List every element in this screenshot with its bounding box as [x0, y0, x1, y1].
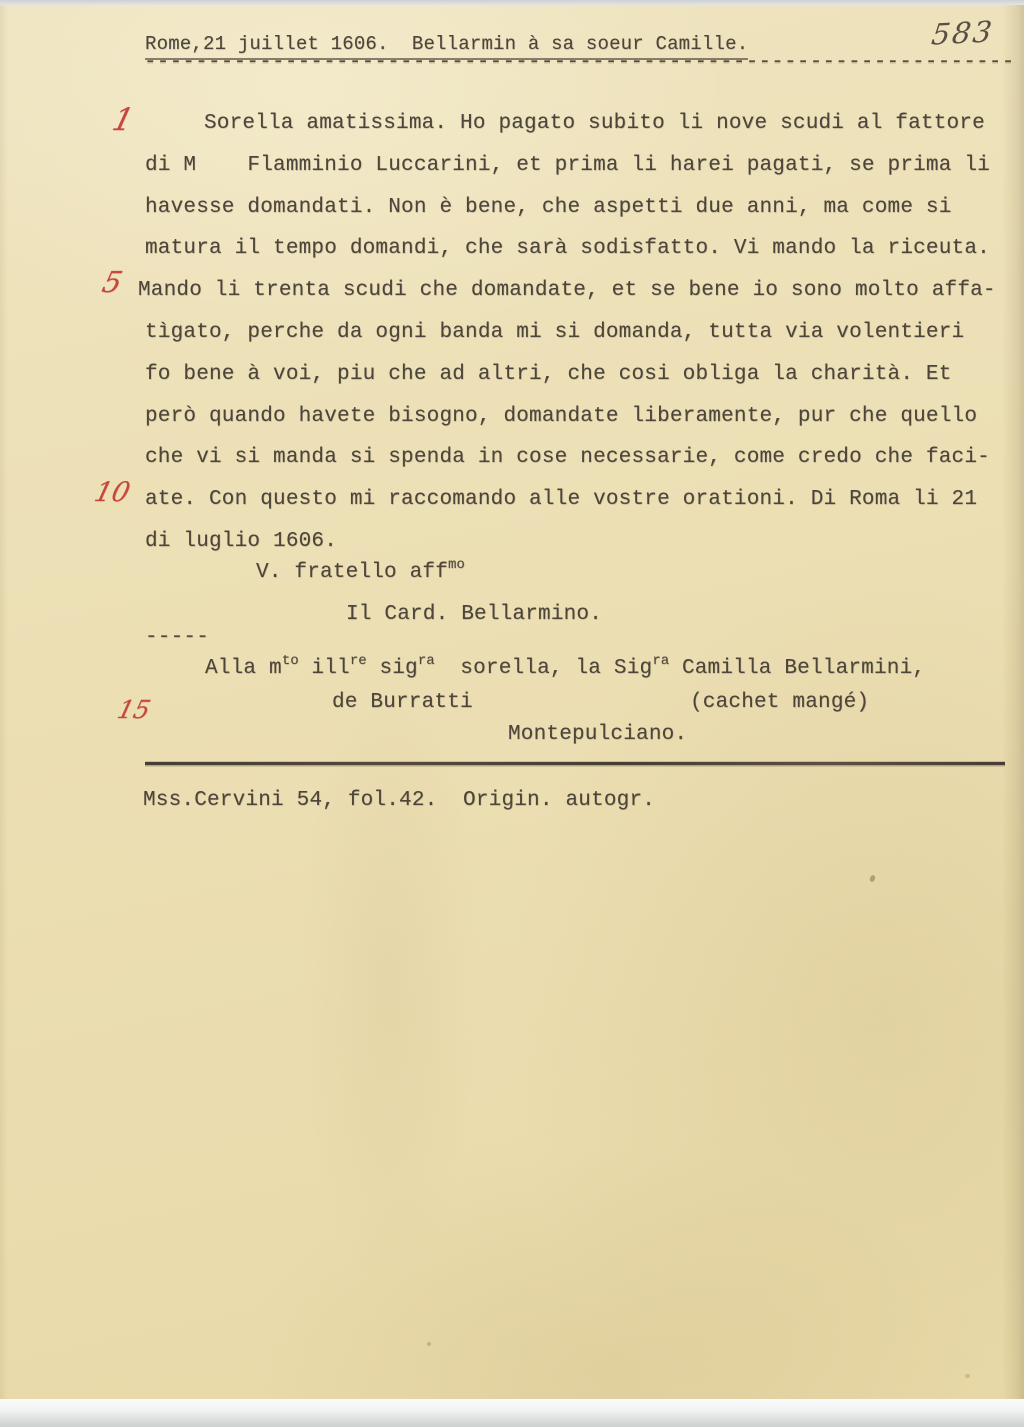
margin-line-number: 1	[109, 105, 136, 136]
separator-dashes: -----	[145, 626, 209, 649]
body-line-text: tìgato, perche da ogni banda mi si doman…	[145, 321, 964, 344]
address-superscript: ra	[652, 653, 669, 669]
address-text: Alla m	[205, 657, 282, 680]
signature-superscript: mo	[448, 557, 465, 573]
seal-note: (cachet mangé)	[690, 691, 869, 714]
heading-underline-dashes: ----------------------------------------…	[144, 52, 1015, 73]
signature-line-2: Il Card. Bellarmino.	[346, 603, 602, 626]
body-line: che vi si manda si spenda in cose necess…	[145, 437, 1024, 479]
body-line-text: Sorella amatissima. Ho pagato subito li …	[145, 112, 985, 135]
body-line: 10ate. Con questo mi raccomando alle vos…	[145, 479, 1024, 521]
body-line: matura il tempo domandi, che sarà sodisf…	[145, 228, 1024, 270]
address-line-2-name: de Burratti	[332, 691, 473, 714]
address-text: ill	[299, 657, 350, 680]
body-line: però quando havete bisogno, domandate li…	[145, 396, 1024, 438]
body-line: 5Mando li trenta scudi che domandate, et…	[145, 270, 1024, 312]
folio-number: 583	[930, 14, 996, 51]
body-line: 1Sorella amatissima. Ho pagato subito li…	[145, 103, 1024, 145]
body-line-text: di M Flamminio Luccarini, et prima li ha…	[145, 154, 990, 177]
body-line-text: che vi si manda si spenda in cose necess…	[145, 446, 990, 469]
scanned-letter-screenshot: { "folio_number": "583", "colors": { "pa…	[0, 0, 1024, 1427]
body-line: havesse domandati. Non è bene, che aspet…	[145, 187, 1024, 229]
body-line-text: matura il tempo domandi, che sarà sodisf…	[145, 237, 990, 260]
paper-speck	[965, 1374, 970, 1378]
address-text: sorella, la Sig	[435, 657, 653, 680]
scan-edge-bottom	[0, 1399, 1024, 1427]
body-line-text: fo bene à voi, piu che ad altri, che cos…	[145, 363, 952, 386]
margin-line-number: 5	[99, 268, 125, 297]
body-line: tìgato, perche da ogni banda mi si doman…	[145, 312, 1024, 354]
body-line-text: di luglio 1606.	[145, 530, 337, 553]
body-line-text: Mando li trenta scudi che domandate, et …	[138, 279, 996, 302]
manuscript-reference: Mss.Cervini 54, fol.42. Origin. autogr.	[143, 789, 655, 812]
margin-line-number: 10	[92, 479, 133, 506]
address-superscript: re	[350, 653, 367, 669]
letter-body: 1Sorella amatissima. Ho pagato subito li…	[0, 103, 1024, 563]
address-line-3: Montepulciano.	[508, 723, 687, 746]
address-superscript: ra	[418, 653, 435, 669]
body-line-text: ate. Con questo mi raccomando alle vostr…	[145, 488, 977, 511]
paper-speck	[869, 874, 876, 882]
body-line: di luglio 1606.	[145, 521, 1024, 563]
address-text: sig	[367, 657, 418, 680]
signature-text: V. fratello aff	[256, 561, 448, 584]
signature-line-1: V. fratello affmo	[256, 561, 465, 584]
body-line-text: havesse domandati. Non è bene, che aspet…	[145, 196, 952, 219]
paper-speck	[427, 1342, 431, 1346]
separator-rule	[145, 762, 1005, 765]
address-superscript: to	[282, 653, 299, 669]
body-line: fo bene à voi, piu che ad altri, che cos…	[145, 354, 1024, 396]
margin-line-number: 15	[115, 697, 153, 722]
address-text: Camilla Bellarmini,	[669, 657, 925, 680]
address-line-1: Alla mto illre sigra sorella, la Sigra C…	[205, 657, 925, 680]
document-scan: 583 Rome,21 juillet 1606. Bellarmin à sa…	[0, 0, 1024, 1427]
body-line: di M Flamminio Luccarini, et prima li ha…	[145, 145, 1024, 187]
body-line-text: però quando havete bisogno, domandate li…	[145, 405, 977, 428]
